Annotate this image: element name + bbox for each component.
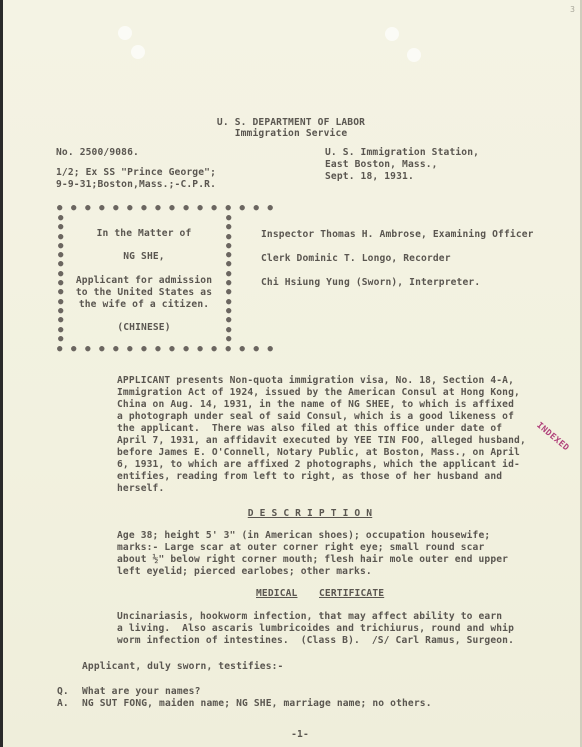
interpreter: Chi Hsiung Yung (Sworn), Interpreter.: [261, 277, 480, 289]
description-heading: D E S C R I P T I O N: [0, 508, 582, 520]
station-line-1: U. S. Immigration Station,: [325, 147, 479, 159]
medical-line: worm infection of intestines. (Class B).…: [117, 635, 514, 647]
para-line: APPLICANT presents Non-quota immigration…: [117, 375, 514, 387]
para-line: Immigration Act of 1924, issued by the A…: [117, 387, 520, 399]
arrival-info-line-2: 9-9-31;Boston,Mass.;-C.P.R.: [56, 179, 216, 191]
page-number: -1-: [0, 729, 582, 741]
service-heading: Immigration Service: [0, 128, 582, 140]
examining-officer: Inspector Thomas H. Ambrose, Examining O…: [261, 229, 534, 241]
description-line: marks:- Large scar at outer corner right…: [117, 542, 484, 554]
punch-hole: [131, 45, 145, 59]
punch-hole: [385, 27, 399, 41]
punch-hole: [118, 26, 132, 40]
corner-mark: 3: [570, 5, 575, 14]
arrival-info-line-1: 1/2; Ex SS "Prince George";: [56, 167, 216, 179]
applicant-desc-1: Applicant for admission: [66, 275, 222, 287]
matter-of-label: In the Matter of: [66, 228, 222, 240]
applicant-race: (CHINESE): [66, 322, 222, 334]
testimony-intro: Applicant, duly sworn, testifies:-: [82, 661, 283, 673]
station-line-2: East Boston, Mass.,: [325, 159, 438, 171]
document-page: 3 U. S. DEPARTMENT OF LABOR Immigration …: [0, 0, 582, 747]
recorder: Clerk Dominic T. Longo, Recorder: [261, 253, 451, 265]
medical-line: Uncinariasis, hookworm infection, that m…: [117, 611, 502, 623]
para-line: a photograph under seal of said Consul, …: [117, 411, 514, 423]
applicant-desc-2: to the United States as: [66, 287, 222, 299]
file-number: No. 2500/9086.: [56, 147, 139, 159]
para-line: herself.: [117, 483, 164, 495]
punch-hole: [407, 48, 421, 62]
applicant-name: NG SHE,: [66, 251, 222, 263]
applicant-desc-3: the wife of a citizen.: [66, 299, 222, 311]
station-date: Sept. 18, 1931.: [325, 171, 414, 183]
medical-line: a living. Also ascaris lumbricoides and …: [117, 623, 514, 635]
answer-label: A.: [57, 698, 69, 710]
certificate-heading: CERTIFICATE: [319, 588, 384, 600]
answer-text: NG SUT FONG, maiden name; NG SHE, marria…: [82, 698, 432, 710]
para-line: the applicant. There was also filed at t…: [117, 423, 502, 435]
scan-edge: [0, 0, 3, 747]
para-line: before James E. O'Connell, Notary Public…: [117, 447, 520, 459]
description-line: about ½" below right corner mouth; flesh…: [117, 554, 508, 566]
para-line: entifies, reading from left to right, as…: [117, 471, 502, 483]
description-line: left eyelid; pierced earlobes; other mar…: [117, 566, 372, 578]
box-border-left: ● ● ● ● ● ● ● ● ● ● ● ● ● ●: [58, 214, 64, 344]
medical-heading: MEDICAL: [256, 588, 297, 600]
box-border-bottom: ● ● ● ● ● ● ● ● ● ● ● ● ● ● ● ●: [57, 344, 275, 354]
para-line: China on Aug. 14, 1931, in the name of N…: [117, 399, 514, 411]
para-line: 6, 1931, to which are affixed 2 photogra…: [117, 459, 520, 471]
para-line: April 7, 1931, an affidavit executed by …: [117, 435, 526, 447]
indexed-stamp: INDEXED: [534, 421, 571, 454]
box-border-right: ● ● ● ● ● ● ● ● ● ● ● ● ● ●: [226, 214, 232, 344]
box-border-top: ● ● ● ● ● ● ● ● ● ● ● ● ● ● ● ●: [57, 203, 275, 213]
description-line: Age 38; height 5' 3" (in American shoes)…: [117, 530, 490, 542]
question-text: What are your names?: [82, 686, 201, 698]
question-label: Q.: [57, 686, 69, 698]
